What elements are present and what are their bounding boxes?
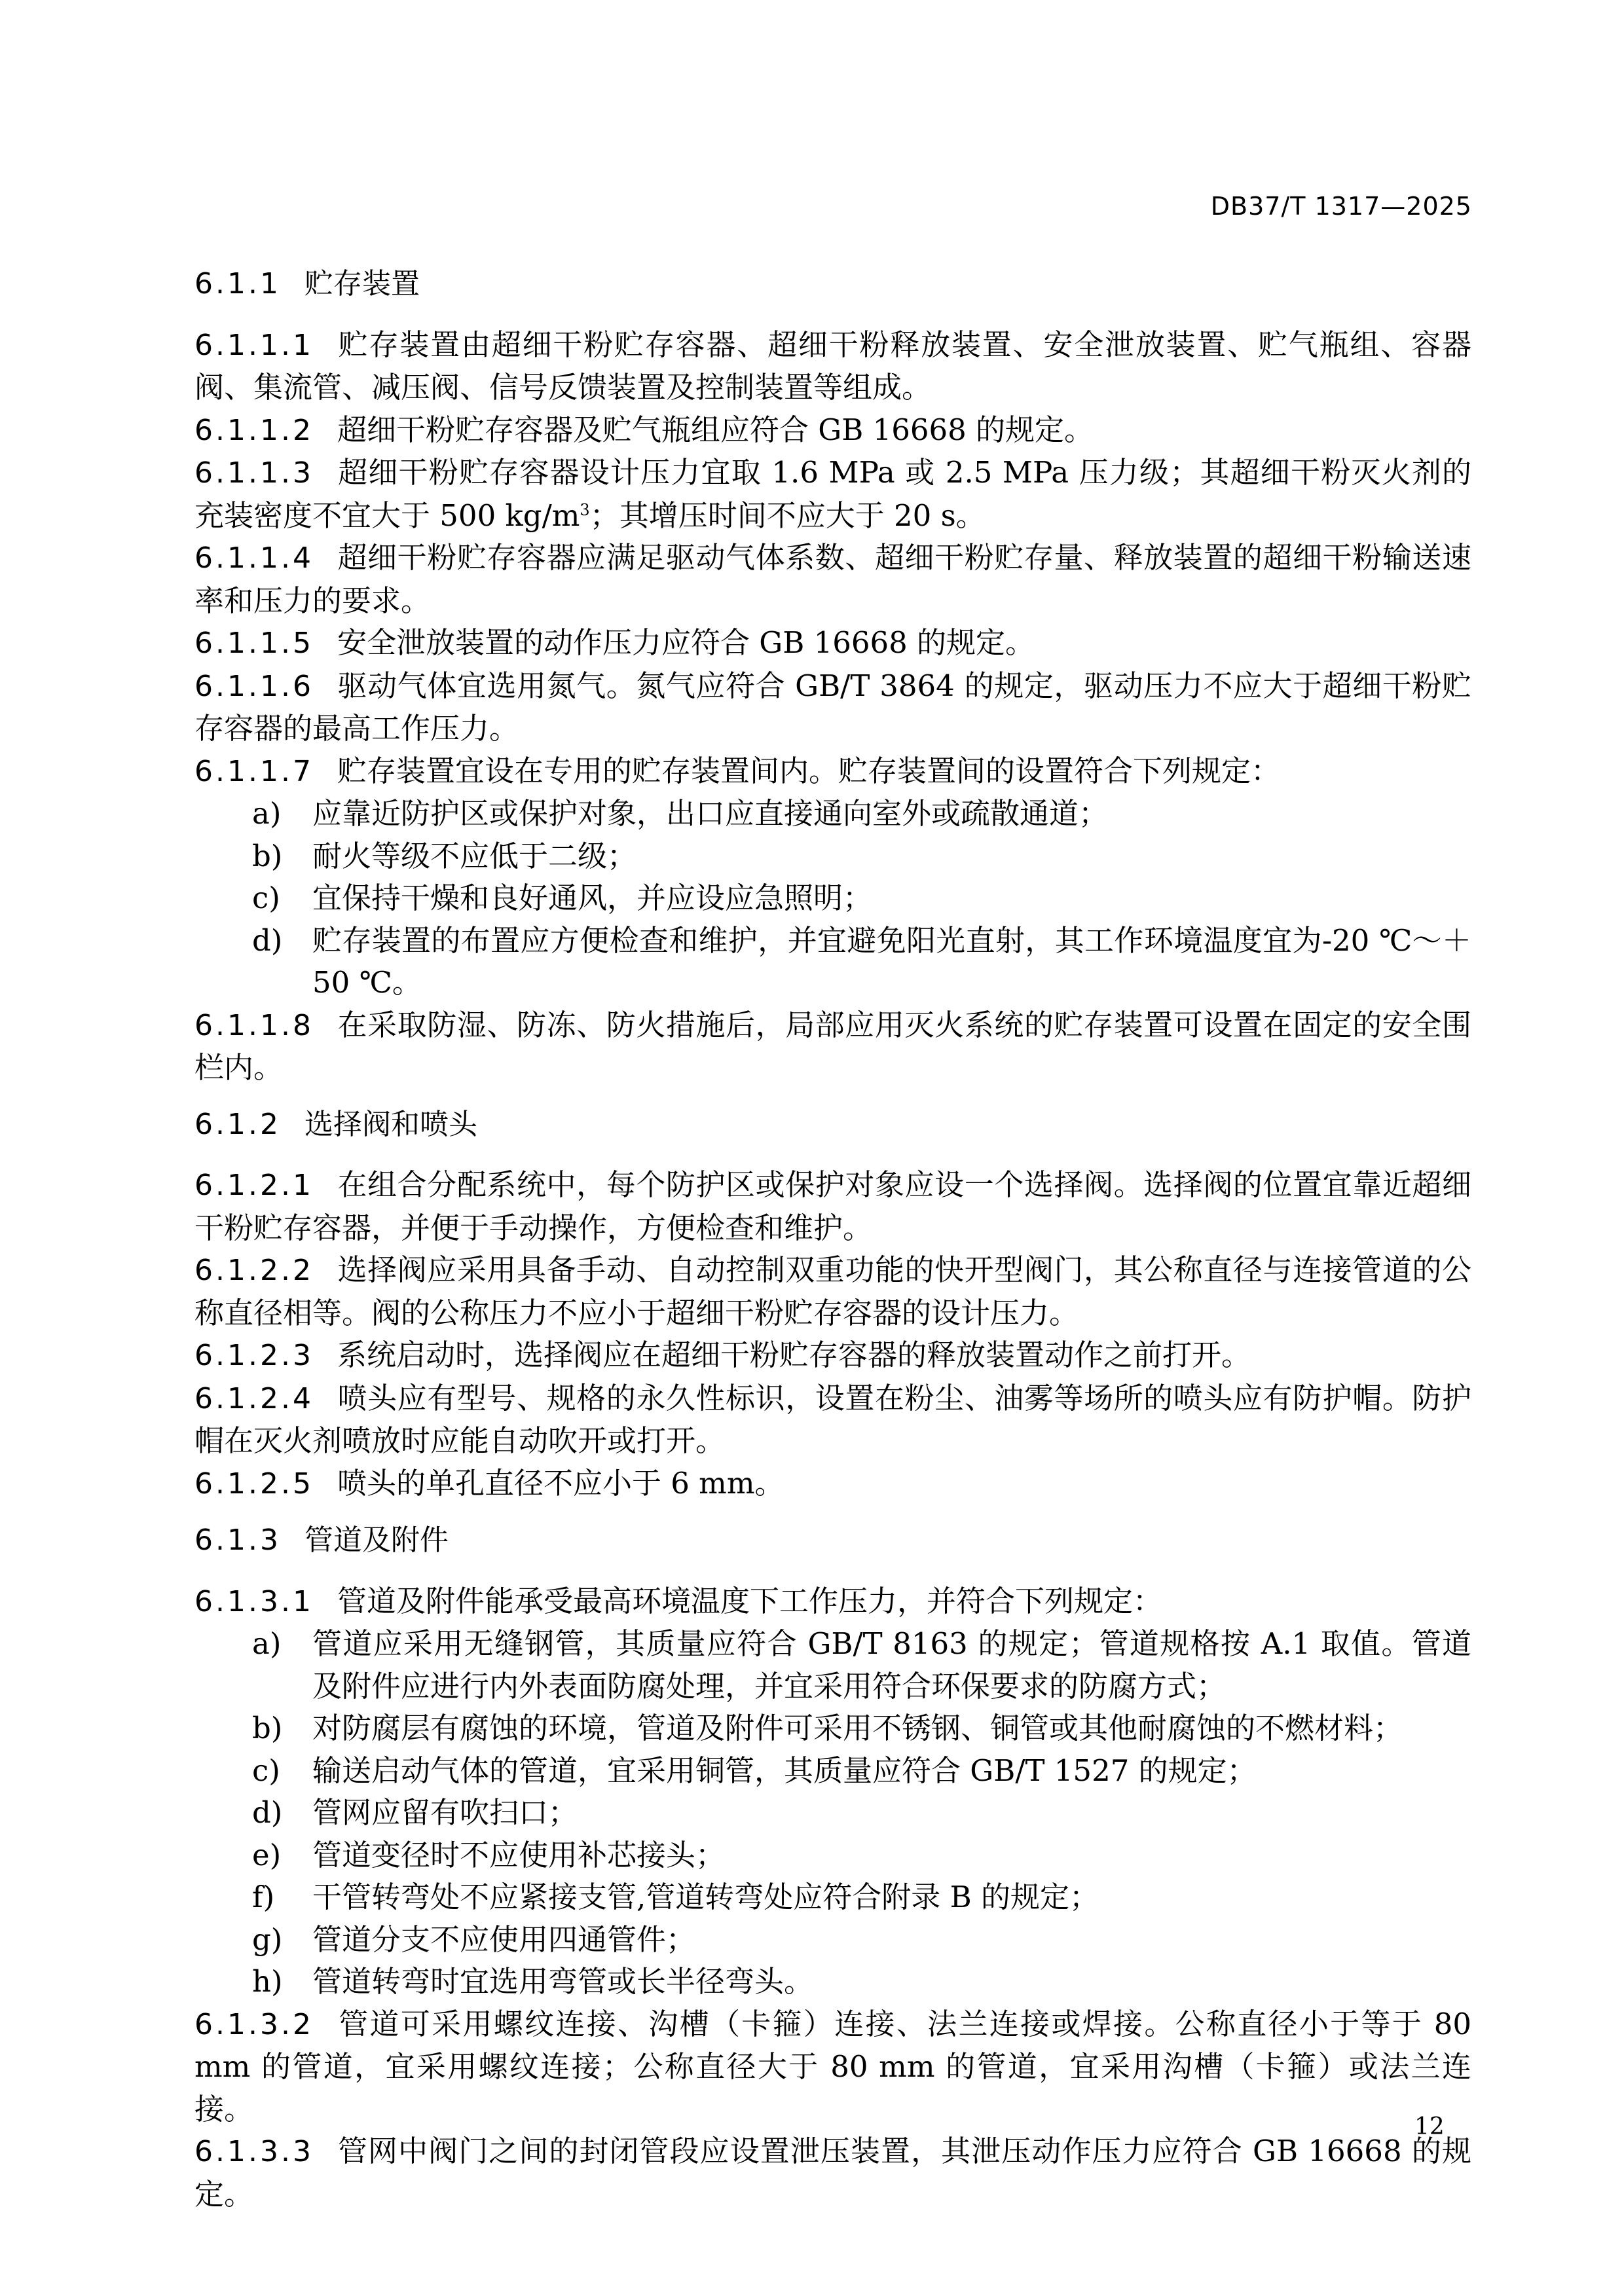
clause-text: 超细干粉贮存容器及贮气瓶组应符合 GB 16668 的规定。 [337,412,1094,447]
standard-code-header: DB37/T 1317—2025 [1211,194,1472,219]
list-text: 管道分支不应使用四通管件； [312,1922,695,1957]
list-item: g)管道分支不应使用四通管件； [194,1919,1471,1961]
page-number: 12 [1414,2113,1445,2140]
clause-6-1-1-1: 6.1.1.1贮存装置由超细干粉贮存容器、超细干粉释放装置、安全泄放装置、贮气瓶… [194,324,1471,409]
clause-number: 6.1.1.6 [194,670,314,703]
list-text: 贮存装置的布置应方便检查和维护，并宜避免阳光直射，其工作环境温度宜为-20 ℃～… [312,923,1471,1000]
clause-number: 6.1.2.3 [194,1339,314,1372]
clause-text: 管道可采用螺纹连接、沟槽（卡箍）连接、法兰连接或焊接。公称直径小于等于 80 m… [194,2007,1471,2126]
section-title: 贮存装置 [304,267,420,301]
clause-number: 6.1.3.2 [194,2008,314,2041]
list-label: g) [252,1919,282,1961]
clause-number: 6.1.1.8 [194,1009,314,1042]
clause-6-1-2-3: 6.1.2.3系统启动时，选择阀应在超细干粉贮存容器的释放装置动作之前打开。 [194,1334,1471,1377]
list-label: a) [252,793,281,835]
list-item: e)管道变径时不应使用补芯接头； [194,1834,1471,1877]
list-item: h)管道转弯时宜选用弯管或长半径弯头。 [194,1961,1471,2003]
list-text: 输送启动气体的管道，宜采用铜管，其质量应符合 GB/T 1527 的规定； [312,1753,1257,1788]
list-label: h) [252,1961,283,2003]
section-number: 6.1.1 [194,263,281,306]
list-text: 干管转弯处不应紧接支管,管道转弯处应符合附录 B 的规定； [312,1880,1099,1914]
section-heading-6-1-3: 6.1.3管道及附件 [194,1520,1471,1562]
document-body: 6.1.1贮存装置 6.1.1.1贮存装置由超细干粉贮存容器、超细干粉释放装置、… [194,263,1471,2215]
clause-6-1-1-7: 6.1.1.7贮存装置宜设在专用的贮存装置间内。贮存装置间的设置符合下列规定： [194,750,1471,793]
clause-6-1-2-2: 6.1.2.2选择阀应采用具备手动、自动控制双重功能的快开型阀门，其公称直径与连… [194,1249,1471,1334]
clause-text: 贮存装置由超细干粉贮存容器、超细干粉释放装置、安全泄放装置、贮气瓶组、容器阀、集… [194,327,1471,405]
clause-number: 6.1.1.1 [194,329,314,362]
clause-text: 系统启动时，选择阀应在超细干粉贮存容器的释放装置动作之前打开。 [337,1338,1251,1372]
list-item: d)管网应留有吹扫口； [194,1792,1471,1834]
clause-number: 6.1.3.1 [194,1585,314,1618]
clause-number: 6.1.2.4 [194,1382,314,1415]
clause-6-1-2-5: 6.1.2.5喷头的单孔直径不应小于 6 mm。 [194,1463,1471,1506]
clause-text: 选择阀应采用具备手动、自动控制双重功能的快开型阀门，其公称直径与连接管道的公称直… [194,1252,1471,1330]
list-item: a)管道应采用无缝钢管，其质量应符合 GB/T 8163 的规定；管道规格按 A… [194,1623,1471,1707]
clause-text: 喷头应有型号、规格的永久性标识，设置在粉尘、油雾等场所的喷头应有防护帽。防护帽在… [194,1381,1471,1459]
list-text: 耐火等级不应低于二级； [312,839,637,873]
list-text: 管网应留有吹扫口； [312,1795,578,1830]
list-item: c)宜保持干燥和良好通风，并应设应急照明； [194,877,1471,920]
list-item: c)输送启动气体的管道，宜采用铜管，其质量应符合 GB/T 1527 的规定； [194,1750,1471,1793]
clause-number: 6.1.1.3 [194,456,314,490]
clause-6-1-1-4: 6.1.1.4超细干粉贮存容器应满足驱动气体系数、超细干粉贮存量、释放装置的超细… [194,537,1471,622]
clause-text: 驱动气体宜选用氮气。氮气应符合 GB/T 3864 的规定，驱动压力不应大于超细… [194,668,1471,746]
list-text: 管道转弯时宜选用弯管或长半径弯头。 [312,1964,813,1999]
list-label: d) [252,920,282,962]
list-text: 管道应采用无缝钢管，其质量应符合 GB/T 8163 的规定；管道规格按 A.1… [312,1626,1471,1704]
clause-number: 6.1.1.4 [194,541,314,575]
list-label: a) [252,1623,281,1666]
list-item: b)对防腐层有腐蚀的环境，管道及附件可采用不锈钢、铜管或其他耐腐蚀的不燃材料； [194,1707,1471,1750]
clause-text-cont: ；其增压时间不应大于 20 s。 [590,498,986,533]
list-label: d) [252,1792,282,1834]
clause-6-1-1-8: 6.1.1.8在采取防湿、防冻、防火措施后，局部应用灭火系统的贮存装置可设置在固… [194,1004,1471,1089]
list-item: f)干管转弯处不应紧接支管,管道转弯处应符合附录 B 的规定； [194,1876,1471,1919]
clause-text: 安全泄放装置的动作压力应符合 GB 16668 的规定。 [337,625,1035,660]
clause-6-1-2-1: 6.1.2.1在组合分配系统中，每个防护区或保护对象应设一个选择阀。选择阀的位置… [194,1164,1471,1249]
clause-number: 6.1.1.2 [194,414,314,447]
list-item: a)应靠近防护区或保护对象，出口应直接通向室外或疏散通道； [194,793,1471,835]
clause-text: 贮存装置宜设在专用的贮存装置间内。贮存装置间的设置符合下列规定： [337,754,1280,788]
list-label: c) [252,877,280,920]
section-number: 6.1.2 [194,1104,281,1146]
clause-number: 6.1.2.5 [194,1467,314,1501]
list-item: b)耐火等级不应低于二级； [194,835,1471,878]
section-title: 选择阀和喷头 [304,1108,477,1141]
clause-text: 在采取防湿、防冻、防火措施后，局部应用灭火系统的贮存装置可设置在固定的安全围栏内… [194,1008,1471,1085]
clause-number: 6.1.1.5 [194,627,314,660]
clause-6-1-3-1: 6.1.3.1管道及附件能承受最高环境温度下工作压力，并符合下列规定： [194,1580,1471,1624]
clause-text: 在组合分配系统中，每个防护区或保护对象应设一个选择阀。选择阀的位置宜靠近超细干粉… [194,1167,1471,1245]
clause-6-1-3-2: 6.1.3.2管道可采用螺纹连接、沟槽（卡箍）连接、法兰连接或焊接。公称直径小于… [194,2003,1471,2131]
clause-number: 6.1.2.2 [194,1254,314,1287]
list-item: d)贮存装置的布置应方便检查和维护，并宜避免阳光直射，其工作环境温度宜为-20 … [194,920,1471,1004]
clause-text: 喷头的单孔直径不应小于 6 mm。 [337,1466,784,1501]
list-label: c) [252,1750,280,1793]
list-label: b) [252,1707,282,1750]
clause-text: 管网中阀门之间的封闭管段应设置泄压装置，其泄压动作压力应符合 GB 16668 … [194,2134,1471,2212]
document-page: DB37/T 1317—2025 6.1.1贮存装置 6.1.1.1贮存装置由超… [0,0,1624,2296]
clause-6-1-1-6: 6.1.1.6驱动气体宜选用氮气。氮气应符合 GB/T 3864 的规定，驱动压… [194,665,1471,750]
clause-text: 管道及附件能承受最高环境温度下工作压力，并符合下列规定： [337,1584,1162,1618]
clause-6-1-1-3: 6.1.1.3超细干粉贮存容器设计压力宜取 1.6 MPa 或 2.5 MPa … [194,452,1471,537]
clause-text: 超细干粉贮存容器应满足驱动气体系数、超细干粉贮存量、释放装置的超细干粉输送速率和… [194,540,1471,618]
section-heading-6-1-2: 6.1.2选择阀和喷头 [194,1104,1471,1146]
list-label: f) [252,1876,274,1919]
clause-6-1-1-2: 6.1.1.2超细干粉贮存容器及贮气瓶组应符合 GB 16668 的规定。 [194,409,1471,452]
list-label: e) [252,1834,281,1877]
section-number: 6.1.3 [194,1520,281,1562]
section-heading-6-1-1: 6.1.1贮存装置 [194,263,1471,306]
superscript: 3 [580,501,589,519]
clause-number: 6.1.2.1 [194,1169,314,1202]
clause-6-1-3-3: 6.1.3.3管网中阀门之间的封闭管段应设置泄压装置，其泄压动作压力应符合 GB… [194,2130,1471,2215]
clause-6-1-1-5: 6.1.1.5安全泄放装置的动作压力应符合 GB 16668 的规定。 [194,622,1471,665]
section-title: 管道及附件 [304,1523,449,1557]
clause-number: 6.1.3.3 [194,2135,314,2168]
clause-number: 6.1.1.7 [194,755,314,788]
list-text: 宜保持干燥和良好通风，并应设应急照明； [312,881,872,915]
list-text: 对防腐层有腐蚀的环境，管道及附件可采用不锈钢、铜管或其他耐腐蚀的不燃材料； [312,1711,1403,1745]
list-text: 应靠近防护区或保护对象，出口应直接通向室外或疏散通道； [312,796,1108,831]
list-text: 管道变径时不应使用补芯接头； [312,1838,725,1872]
clause-6-1-2-4: 6.1.2.4喷头应有型号、规格的永久性标识，设置在粉尘、油雾等场所的喷头应有防… [194,1377,1471,1463]
list-label: b) [252,835,282,878]
